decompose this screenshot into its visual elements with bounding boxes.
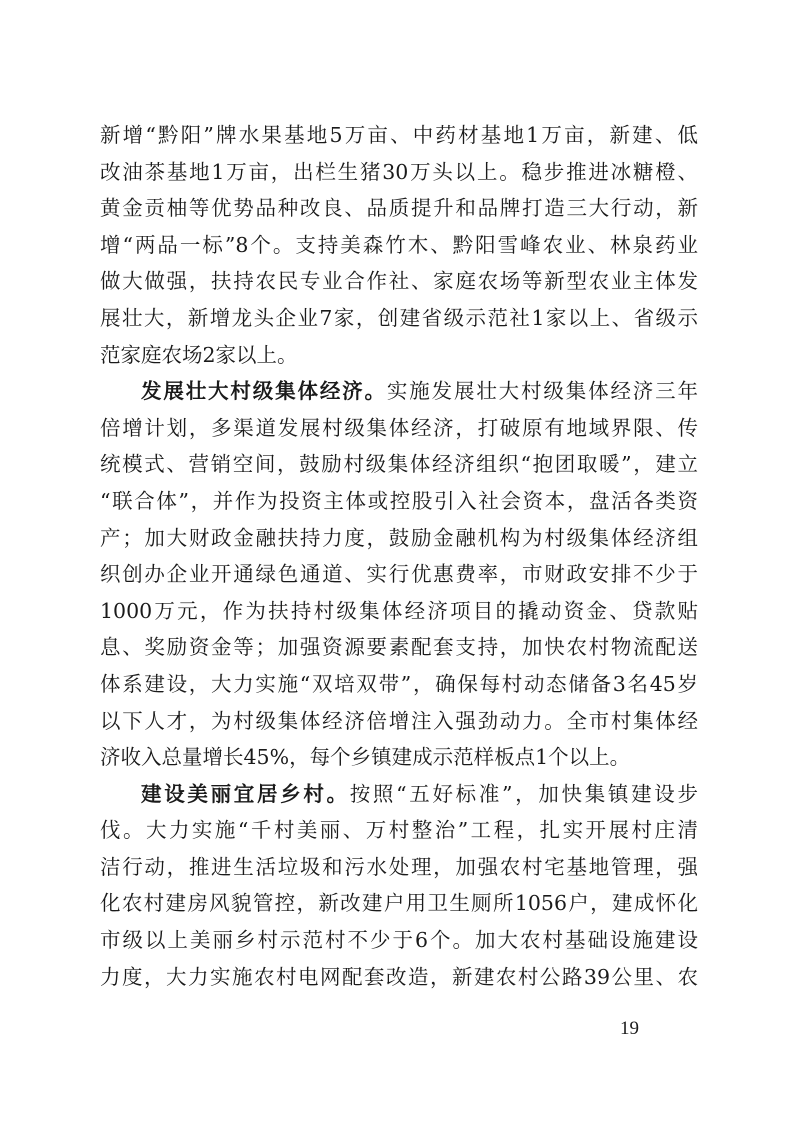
text-line: 织创办企业开通绿色通道、实行优惠费率，市财政安排不少于: [100, 556, 698, 593]
text-line: 产；加大财政金融扶持力度，鼓励金融机构为村级集体经济组: [100, 520, 698, 557]
text-line: 新增“黔阳”牌水果基地5万亩、中药材基地1万亩，新建、低: [100, 117, 698, 154]
text-line: “联合体”，并作为投资主体或控股引入社会资本，盘活各类资: [100, 483, 698, 520]
text-line: 1000万元，作为扶持村级集体经济项目的撬动资金、贷款贴: [100, 593, 698, 630]
text-line: 息、奖励资金等；加强资源要素配套支持，加快农村物流配送: [100, 629, 698, 666]
document-page: 新增“黔阳”牌水果基地5万亩、中药材基地1万亩，新建、低 改油茶基地1万亩，出栏…: [0, 0, 793, 1122]
text-line: 体系建设，大力实施“双培双带”，确保每村动态储备3名45岁: [100, 666, 698, 703]
text-line: 化农村建房风貌管控，新改建户用卫生厕所1056户，建成怀化: [100, 885, 698, 922]
body-text: 新增“黔阳”牌水果基地5万亩、中药材基地1万亩，新建、低 改油茶基地1万亩，出栏…: [100, 117, 698, 995]
paragraph-first-line: 发展壮大村级集体经济。实施发展壮大村级集体经济三年: [100, 373, 698, 410]
text-line: 济收入总量增长45%，每个乡镇建成示范样板点1个以上。: [100, 739, 698, 776]
text-run: 按照“五好标准”，加快集镇建设步: [350, 782, 698, 806]
text-line: 伐。大力实施“千村美丽、万村整治”工程，扎实开展村庄清: [100, 812, 698, 849]
page-number: 19: [620, 1018, 639, 1040]
text-line: 统模式、营销空间，鼓励村级集体经济组织“抱团取暖”，建立: [100, 446, 698, 483]
text-line: 改油茶基地1万亩，出栏生猪30万头以上。稳步推进冰糖橙、: [100, 154, 698, 191]
text-line: 市级以上美丽乡村示范村不少于6个。加大农村基础设施建设: [100, 922, 698, 959]
text-line: 范家庭农场2家以上。: [100, 337, 698, 374]
text-line: 展壮大，新增龙头企业7家，创建省级示范社1家以上、省级示: [100, 300, 698, 337]
text-line: 做大做强，扶持农民专业合作社、家庭农场等新型农业主体发: [100, 263, 698, 300]
text-line: 洁行动，推进生活垃圾和污水处理，加强农村宅基地管理，强: [100, 849, 698, 886]
paragraph-heading: 发展壮大村级集体经济。: [141, 379, 387, 403]
text-run: 实施发展壮大村级集体经济三年: [387, 379, 698, 403]
text-line: 倍增计划，多渠道发展村级集体经济，打破原有地域界限、传: [100, 410, 698, 447]
text-line: 力度，大力实施农村电网配套改造，新建农村公路39公里、农: [100, 959, 698, 996]
text-line: 黄金贡柚等优势品种改良、品质提升和品牌打造三大行动，新: [100, 190, 698, 227]
paragraph-first-line: 建设美丽宜居乡村。按照“五好标准”，加快集镇建设步: [100, 776, 698, 813]
paragraph-heading: 建设美丽宜居乡村。: [141, 782, 350, 806]
text-line: 增“两品一标”8个。支持美森竹木、黔阳雪峰农业、林泉药业: [100, 227, 698, 264]
text-line: 以下人才，为村级集体经济倍增注入强劲动力。全市村集体经: [100, 703, 698, 740]
